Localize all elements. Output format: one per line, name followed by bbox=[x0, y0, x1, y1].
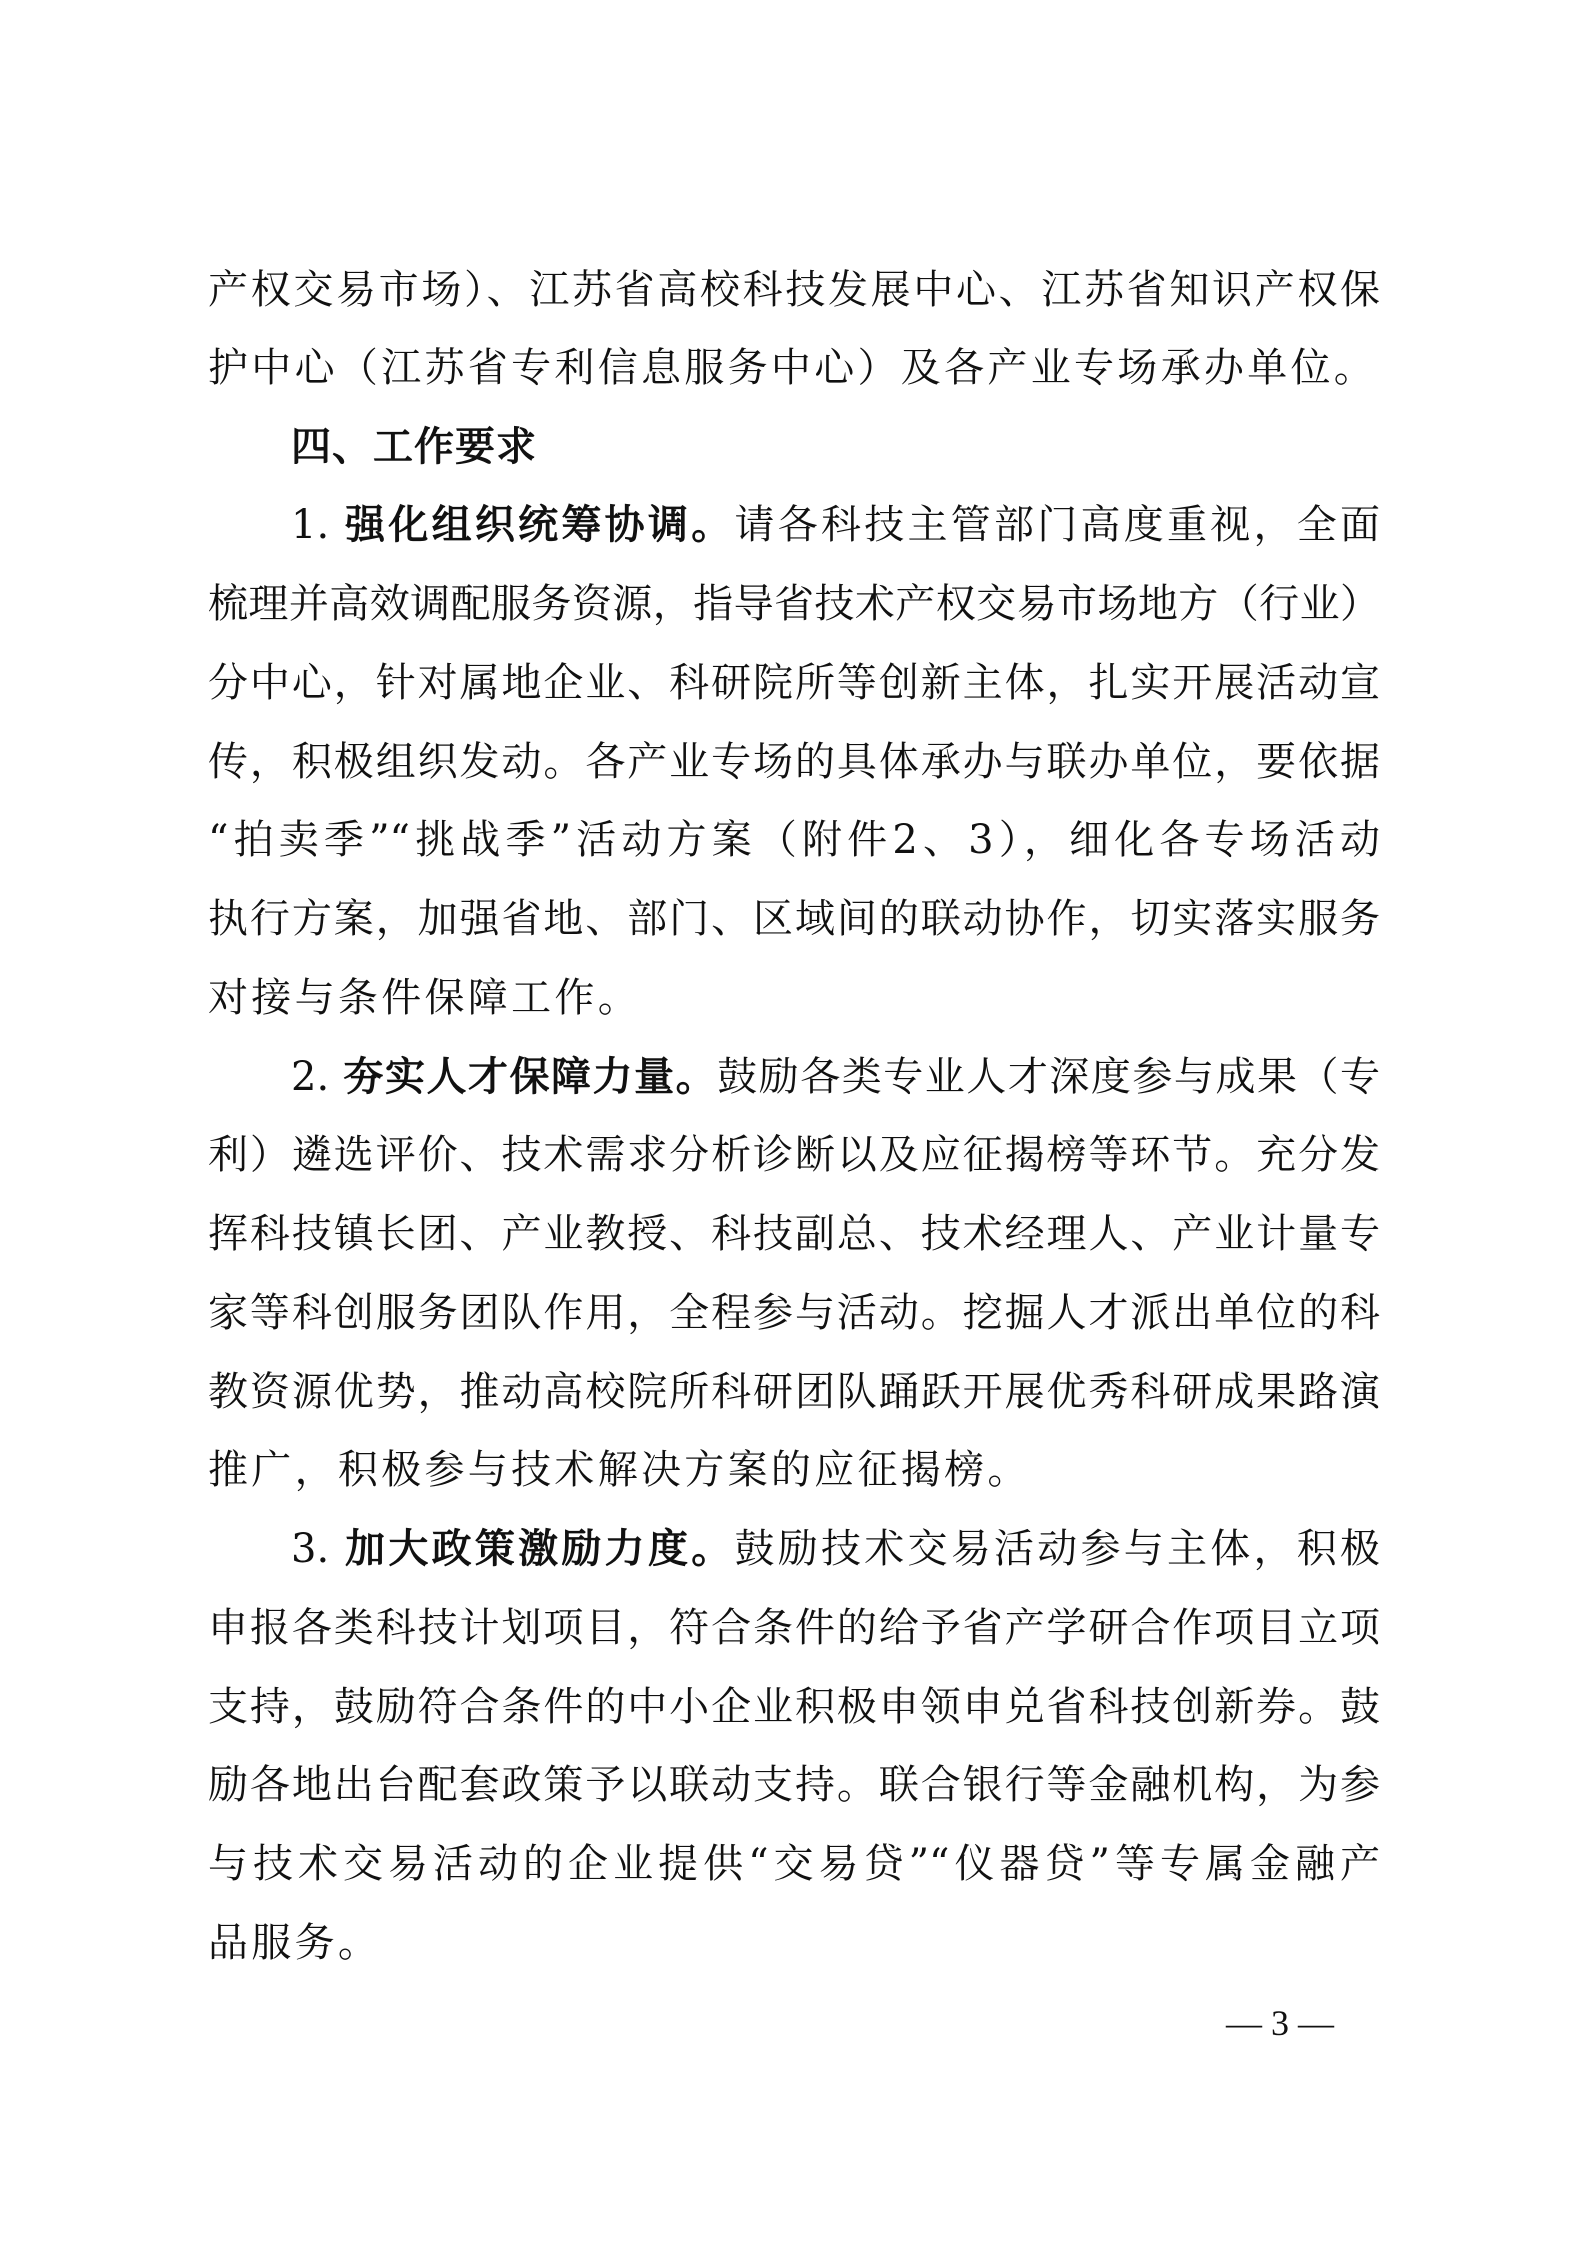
item-lead: 加大政策激励力度。 bbox=[345, 1526, 734, 1572]
paragraph-line: 品服务。 bbox=[208, 1904, 1380, 1982]
paragraph-line: 执行方案，加强省地、部门、区域间的联动协作，切实落实服务 bbox=[208, 880, 1380, 958]
paragraph-line: “拍卖季”“挑战季”活动方案（附件2、3），细化各专场活动 bbox=[208, 801, 1380, 879]
item-text: 鼓励技术交易活动参与主体，积极 bbox=[734, 1526, 1380, 1572]
paragraph-line: 梳理并高效调配服务资源，指导省技术产权交易市场地方（行业） bbox=[208, 565, 1380, 643]
section-heading: 四、工作要求 bbox=[291, 408, 1380, 486]
paragraph-line: 护中心（江苏省专利信息服务中心）及各产业专场承办单位。 bbox=[208, 329, 1380, 407]
item-lead: 夯实人才保障力量。 bbox=[343, 1054, 717, 1100]
paragraph-line: 利）遴选评价、技术需求分析诊断以及应征揭榜等环节。充分发 bbox=[208, 1116, 1380, 1194]
document-page: 产权交易市场）、江苏省高校科技发展中心、江苏省知识产权保 护中心（江苏省专利信息… bbox=[0, 0, 1587, 2245]
page-number: — 3 — bbox=[1200, 1990, 1360, 2056]
item-number: 3. bbox=[291, 1526, 329, 1572]
paragraph-line: 传，积极组织发动。各产业专场的具体承办与联办单位，要依据 bbox=[208, 723, 1380, 801]
item-text: 鼓励各类专业人才深度参与成果（专 bbox=[717, 1054, 1380, 1100]
paragraph-line: 支持，鼓励符合条件的中小企业积极申领申兑省科技创新券。鼓 bbox=[208, 1668, 1380, 1746]
paragraph-line: 推广，积极参与技术解决方案的应征揭榜。 bbox=[208, 1431, 1380, 1509]
item-1-first-line: 1. 强化组织统筹协调。请各科技主管部门高度重视，全面 bbox=[291, 486, 1380, 564]
item-number: 1. bbox=[291, 502, 329, 548]
paragraph-line: 家等科创服务团队作用，全程参与活动。挖掘人才派出单位的科 bbox=[208, 1274, 1380, 1352]
item-text: 请各科技主管部门高度重视，全面 bbox=[734, 502, 1380, 548]
item-3-first-line: 3. 加大政策激励力度。鼓励技术交易活动参与主体，积极 bbox=[291, 1510, 1380, 1588]
item-number: 2. bbox=[291, 1054, 329, 1100]
item-2-first-line: 2. 夯实人才保障力量。鼓励各类专业人才深度参与成果（专 bbox=[291, 1038, 1380, 1116]
paragraph-line: 与技术交易活动的企业提供“交易贷”“仪器贷”等专属金融产 bbox=[208, 1825, 1380, 1903]
paragraph-line: 申报各类科技计划项目，符合条件的给予省产学研合作项目立项 bbox=[208, 1589, 1380, 1667]
paragraph-line: 分中心，针对属地企业、科研院所等创新主体，扎实开展活动宣 bbox=[208, 644, 1380, 722]
paragraph-line: 对接与条件保障工作。 bbox=[208, 959, 1380, 1037]
item-lead: 强化组织统筹协调。 bbox=[345, 502, 734, 548]
paragraph-line: 挥科技镇长团、产业教授、科技副总、技术经理人、产业计量专 bbox=[208, 1195, 1380, 1273]
paragraph-line: 励各地出台配套政策予以联动支持。联合银行等金融机构，为参 bbox=[208, 1746, 1380, 1824]
paragraph-line: 教资源优势，推动高校院所科研团队踊跃开展优秀科研成果路演 bbox=[208, 1353, 1380, 1431]
paragraph-line: 产权交易市场）、江苏省高校科技发展中心、江苏省知识产权保 bbox=[208, 251, 1380, 329]
